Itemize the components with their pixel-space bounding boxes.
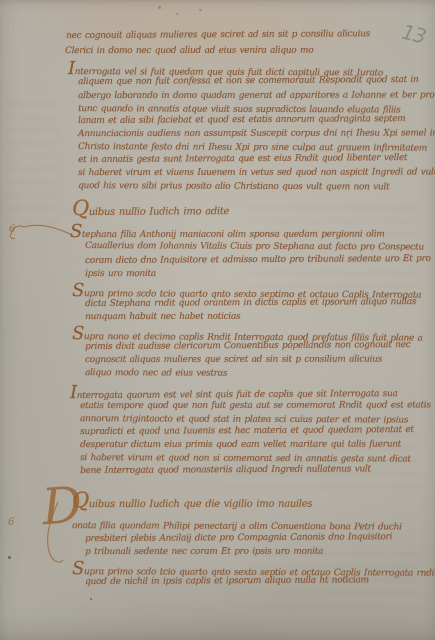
paragraph-2-line-8: et in annatis gesta sunt Interrogata que…	[78, 153, 407, 165]
paragraph-3-line-4: ipsis uro monita	[85, 269, 156, 279]
paragraph-6-line-5: desperatur dictum eius primis quod eam v…	[80, 439, 401, 450]
heading-1-line-1: Quibus nullio Iudich imo adite	[72, 202, 229, 218]
paragraph-2-line-10: quod his vero sibi prius posito alio Chr…	[78, 181, 389, 192]
paragraph-3-line-3: coram dicto dno Inquisitore et admisso m…	[85, 254, 431, 266]
paragraph-6-line-3: annorum trigintaocto et quod stat in pla…	[80, 414, 408, 425]
paragraph-6-line-2: etatis tempore quod que non fuit gesta a…	[80, 400, 431, 411]
margin-mark: 6	[9, 224, 15, 235]
paragraph-2-line-3: albergo laborando in domo quadam generat…	[78, 90, 434, 101]
pen-flourish	[8, 220, 74, 244]
paragraph-2-line-5: lanam et alia sibi faciebat et quod est …	[78, 114, 405, 126]
verso-show-through	[250, 205, 420, 300]
paragraph-6-line-7: bene Interrogata quod monasteriis aliquo…	[80, 464, 371, 476]
heading-2-line-1: Quibus nullio Iudich que die vigilio imo…	[72, 495, 312, 510]
paragraph-3-line-2: Cauallerius dom Iohannis Vitalis Ciuis p…	[85, 241, 424, 252]
paragraph-3-line-1: Stephana filia Anthonij maniaconi olim s…	[70, 226, 384, 240]
foxing-spot	[158, 6, 161, 9]
paragraph-2-line-9: si haberet virum et viuens Iuuenem in ve…	[78, 167, 435, 178]
paragraph-2-line-7: Christo instante festo dni nri Ihesu Xpi…	[78, 142, 427, 154]
paragraph-7-line-1: onata filia quondam Philipi penectarij a…	[72, 521, 402, 532]
drop-cap-tail	[36, 500, 66, 570]
margin-mark: 6	[8, 517, 14, 528]
dirt-speck	[8, 556, 11, 559]
paragraph-2-line-6: Annunciacionis audiens non assumpsit Sus…	[78, 128, 435, 139]
paragraph-1-line-1: nec cognouit aliquas mulieres que sciret…	[66, 29, 370, 41]
paragraph-4-line-2: dicta Stephana rndit quod orantem in dic…	[85, 297, 416, 309]
paragraph-7-line-3: p tribunali sedente nec coram Et pro ips…	[85, 547, 323, 557]
manuscript-page-photo: 13 6 6 D nec cognouit aliquas mulieres q…	[0, 0, 435, 640]
folio-number: 13	[399, 20, 428, 49]
paragraph-7-line-2: presbiteri plebis Ancilaij dicte pro Com…	[85, 532, 392, 544]
foxing-spot	[176, 13, 178, 15]
paragraph-6-line-4: supradicti et quod una Iuuenis est hec m…	[80, 425, 414, 437]
paragraph-8-line-2: quod de nichil in ipsis caplis et ipsoru…	[85, 575, 369, 587]
paragraph-4-line-3: nunquam habuit nec habet noticias	[85, 312, 240, 322]
paragraph-5-line-2: primis dixit audisse clericorum Conuenti…	[85, 340, 410, 352]
paragraph-6-line-1: Interrogata quorum est vel sint quis fui…	[70, 386, 398, 401]
verso-show-through	[6, 92, 58, 222]
paragraph-5-line-4: aliquo modo nec ad eius vestras	[85, 368, 227, 379]
paragraph-5-line-3: cognoscit aliquas mulieres que sciret ad…	[85, 354, 382, 365]
paragraph-6-line-6: si haberet virum et quod non si comemora…	[80, 453, 411, 464]
dirt-speck	[90, 598, 92, 600]
foxing-spot	[199, 9, 202, 11]
paragraph-2-line-2: aliquem que non fuit confessa et non se …	[78, 75, 418, 87]
paragraph-1-line-2: Clerici in domo nec quod aliud ad eius v…	[65, 46, 313, 56]
